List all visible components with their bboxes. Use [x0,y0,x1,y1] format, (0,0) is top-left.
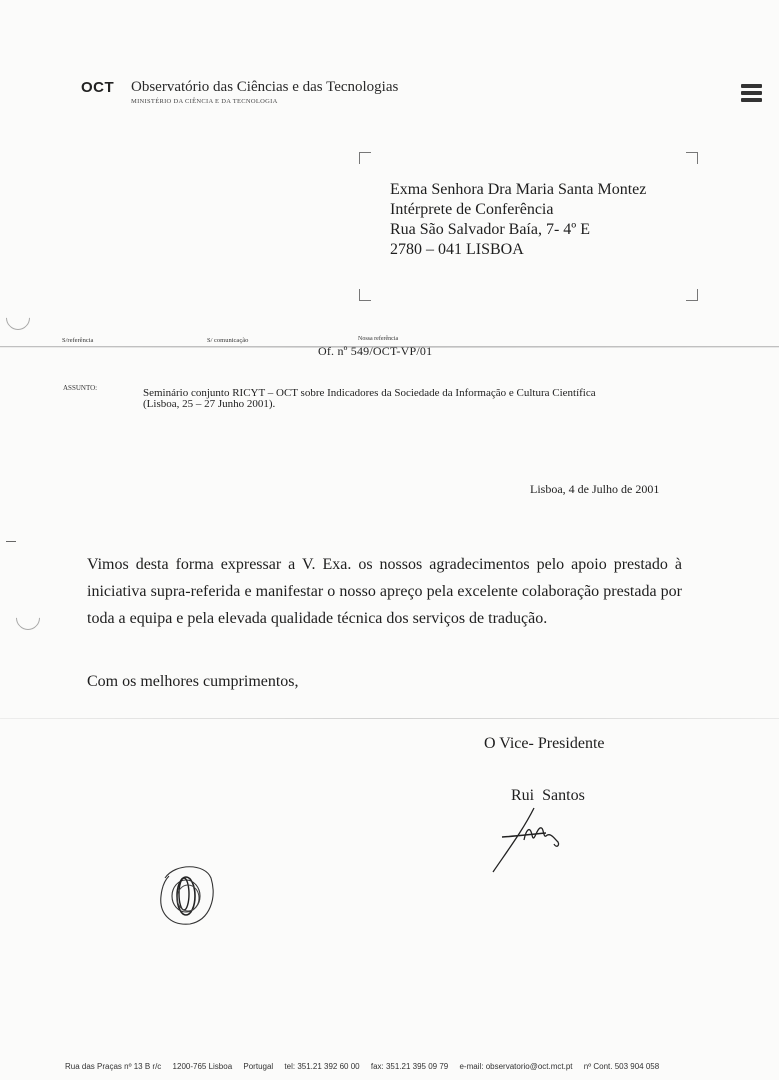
address-window-corner [686,152,698,164]
footer-email: e-mail: observatorio@oct.mct.pt [459,1062,572,1071]
footer-contributor: nº Cont. 503 904 058 [584,1062,659,1071]
body-paragraph: Vimos desta forma expressar a V. Exa. os… [87,551,682,632]
subject-text: Seminário conjunto RICYT – OCT sobre Ind… [143,388,596,410]
addressee-block: Exma Senhora Dra Maria Santa Montez Inté… [390,180,646,260]
punch-hole-mark [1,301,35,335]
hamburger-menu-icon[interactable] [741,84,762,105]
letterhead-footer: Rua das Praças nº 13 B r/c 1200-765 Lisb… [65,1062,668,1071]
footer-tel: tel: 351.21 392 60 00 [284,1062,359,1071]
fold-mark [6,541,16,542]
punch-hole-mark [11,601,45,635]
addressee-name: Exma Senhora Dra Maria Santa Montez [390,180,646,200]
subject-label: ASSUNTO: [63,384,97,392]
oct-logo: OCT [81,79,114,96]
closing-salutation: Com os melhores cumprimentos, [87,673,299,691]
ink-scribble-icon [155,858,217,928]
paper-fold-line [0,718,779,719]
subject-line-2: (Lisboa, 25 – 27 Junho 2001). [143,399,596,410]
organization-name: Observatório das Ciências e das Tecnolog… [131,79,398,96]
your-reference-label: S/referência [62,337,93,344]
footer-address: Rua das Praças nº 13 B r/c [65,1062,161,1071]
ministry-name: Ministério da Ciência e da Tecnologia [131,98,278,105]
footer-postal: 1200-765 Lisboa [173,1062,233,1071]
addressee-city: 2780 – 041 LISBOA [390,240,646,260]
addressee-role: Intérprete de Conferência [390,200,646,220]
signatory-title: O Vice- Presidente [484,735,604,753]
address-window-corner [359,152,371,164]
our-reference-value: Of. nº 549/OCT-VP/01 [318,344,432,359]
your-communication-label: S/ comunicação [207,337,248,344]
address-window-corner [686,289,698,301]
footer-country: Portugal [243,1062,273,1071]
letter-date: Lisboa, 4 de Julho de 2001 [530,482,659,497]
address-window-corner [359,289,371,301]
addressee-street: Rua São Salvador Baía, 7- 4º E [390,220,646,240]
footer-fax: fax: 351.21 395 09 79 [371,1062,448,1071]
handwritten-signature-icon [488,800,578,880]
our-reference-label: Nossa referência [358,336,398,342]
